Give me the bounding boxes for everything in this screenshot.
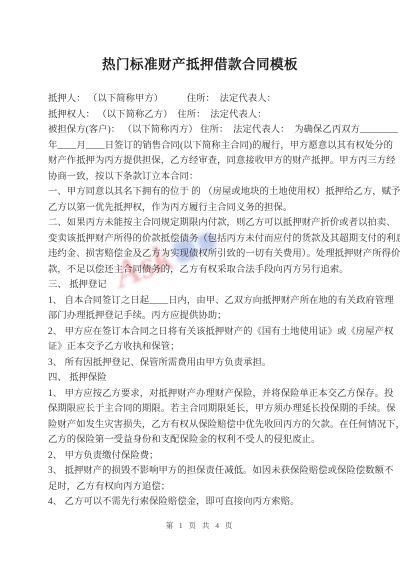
contract-line: 财产作抵押为丙方提供担保，乙方经审查，同意接收甲方的财产抵押。甲方丙三方经 — [48, 154, 354, 170]
contract-line: 足时，乙方有权向丙方追偿； — [48, 480, 354, 496]
contract-line: 款，不足以偿还主合同债务的，乙方有权采取合法手段向丙方另行追索。 — [48, 263, 354, 279]
contract-line: 4、 乙方可以不需先行索保险赔偿金，即可直接向丙方索赔。 — [48, 495, 354, 511]
contract-line: 3、 所有因抵押登记、保管所需费用由甲方负责承担。 — [48, 356, 354, 372]
contract-line: 协商一致，按以下条款订立本合同： — [48, 170, 354, 186]
contract-line: 部门办理抵押登记手续。丙方应提供协助； — [48, 309, 354, 325]
page-number: 第 1 页 共 4 页 — [0, 520, 400, 531]
contract-line: 抵押人： （以下简称甲方） 住所： 法定代表人： — [48, 92, 354, 108]
contract-line: 险财产如发生灾害损失，乙方有权从保险赔偿中优先收回丙方的欠款。在任何情况下， — [48, 418, 354, 434]
document-page: Ask 热门标准财产抵押借款合同模板 抵押人： （以下简称甲方） 住所： 法定代… — [0, 0, 400, 565]
contract-line: 保期限应长于主合同的期限。若主合同期限延长，甲方须办理延长投保期的手续。保 — [48, 402, 354, 418]
contract-line: 证》正本交予乙方收执和保管； — [48, 340, 354, 356]
contract-line: 2、 甲方负责缴付保险费； — [48, 449, 354, 465]
contract-line: 乙方以第一优先抵押权，作为丙方履行主合同义务的担保。 — [48, 201, 354, 217]
contract-line: 2、 甲方应在签订本合同之日将有关该抵押财产的《国有土地使用证》或《房屋产权 — [48, 325, 354, 341]
contract-line: 1、 甲方应按乙方要求，对抵押财产办理财产保险，并将保险单正本交乙方保存。投 — [48, 387, 354, 403]
contract-line: 3、 抵押财产的损毁不影响甲方的担保责任减低。如因未获保险赔偿或保险偿数额不 — [48, 464, 354, 480]
contract-line: 年____月____日签订的销售合同(以下简称主合同)的履行，甲方愿意以其有权处… — [48, 139, 354, 155]
contract-line: 抵押权人： （以下简称乙方） 住所： 法定代表人： — [48, 108, 354, 124]
contract-line: 变卖该抵押财产所得的价款抵偿债务（包括丙方未付而应付的货款及其超期支付的利息， — [48, 232, 354, 248]
contract-line: 违约金、损害赔偿金及乙方为实现债权所引致的一切有关费用）。处理抵押财产所得价 — [48, 247, 354, 263]
contract-line: 乙方的保险第一受益身份和支配保险金的权利不受人的侵犯废止。 — [48, 433, 354, 449]
contract-line: 二、如果丙方未能按主合同规定期限内付款，则乙方可以抵押财产折价或者以拍卖、 — [48, 216, 354, 232]
contract-section-heading: 四、 抵押保险 — [48, 371, 354, 387]
contract-section-heading: 三、 抵押登记 — [48, 278, 354, 294]
contract-body: 抵押人： （以下简称甲方） 住所： 法定代表人： 抵押权人： （以下简称乙方） … — [48, 92, 354, 511]
page-title: 热门标准财产抵押借款合同模板 — [0, 53, 400, 73]
contract-line: 被担保方(客户)： （以下简称丙方） 住所： 法定代表人： 为确保乙丙双方___… — [48, 123, 354, 139]
contract-line: 一、甲方同意以其名下拥有的位于 的 （房屋或地块的土地使用权）抵押给乙方，赋予 — [48, 185, 354, 201]
contract-line: 1、 自本合同签订之日起____日内，由甲、乙双方向抵押财产所在地的有关政府管理 — [48, 294, 354, 310]
